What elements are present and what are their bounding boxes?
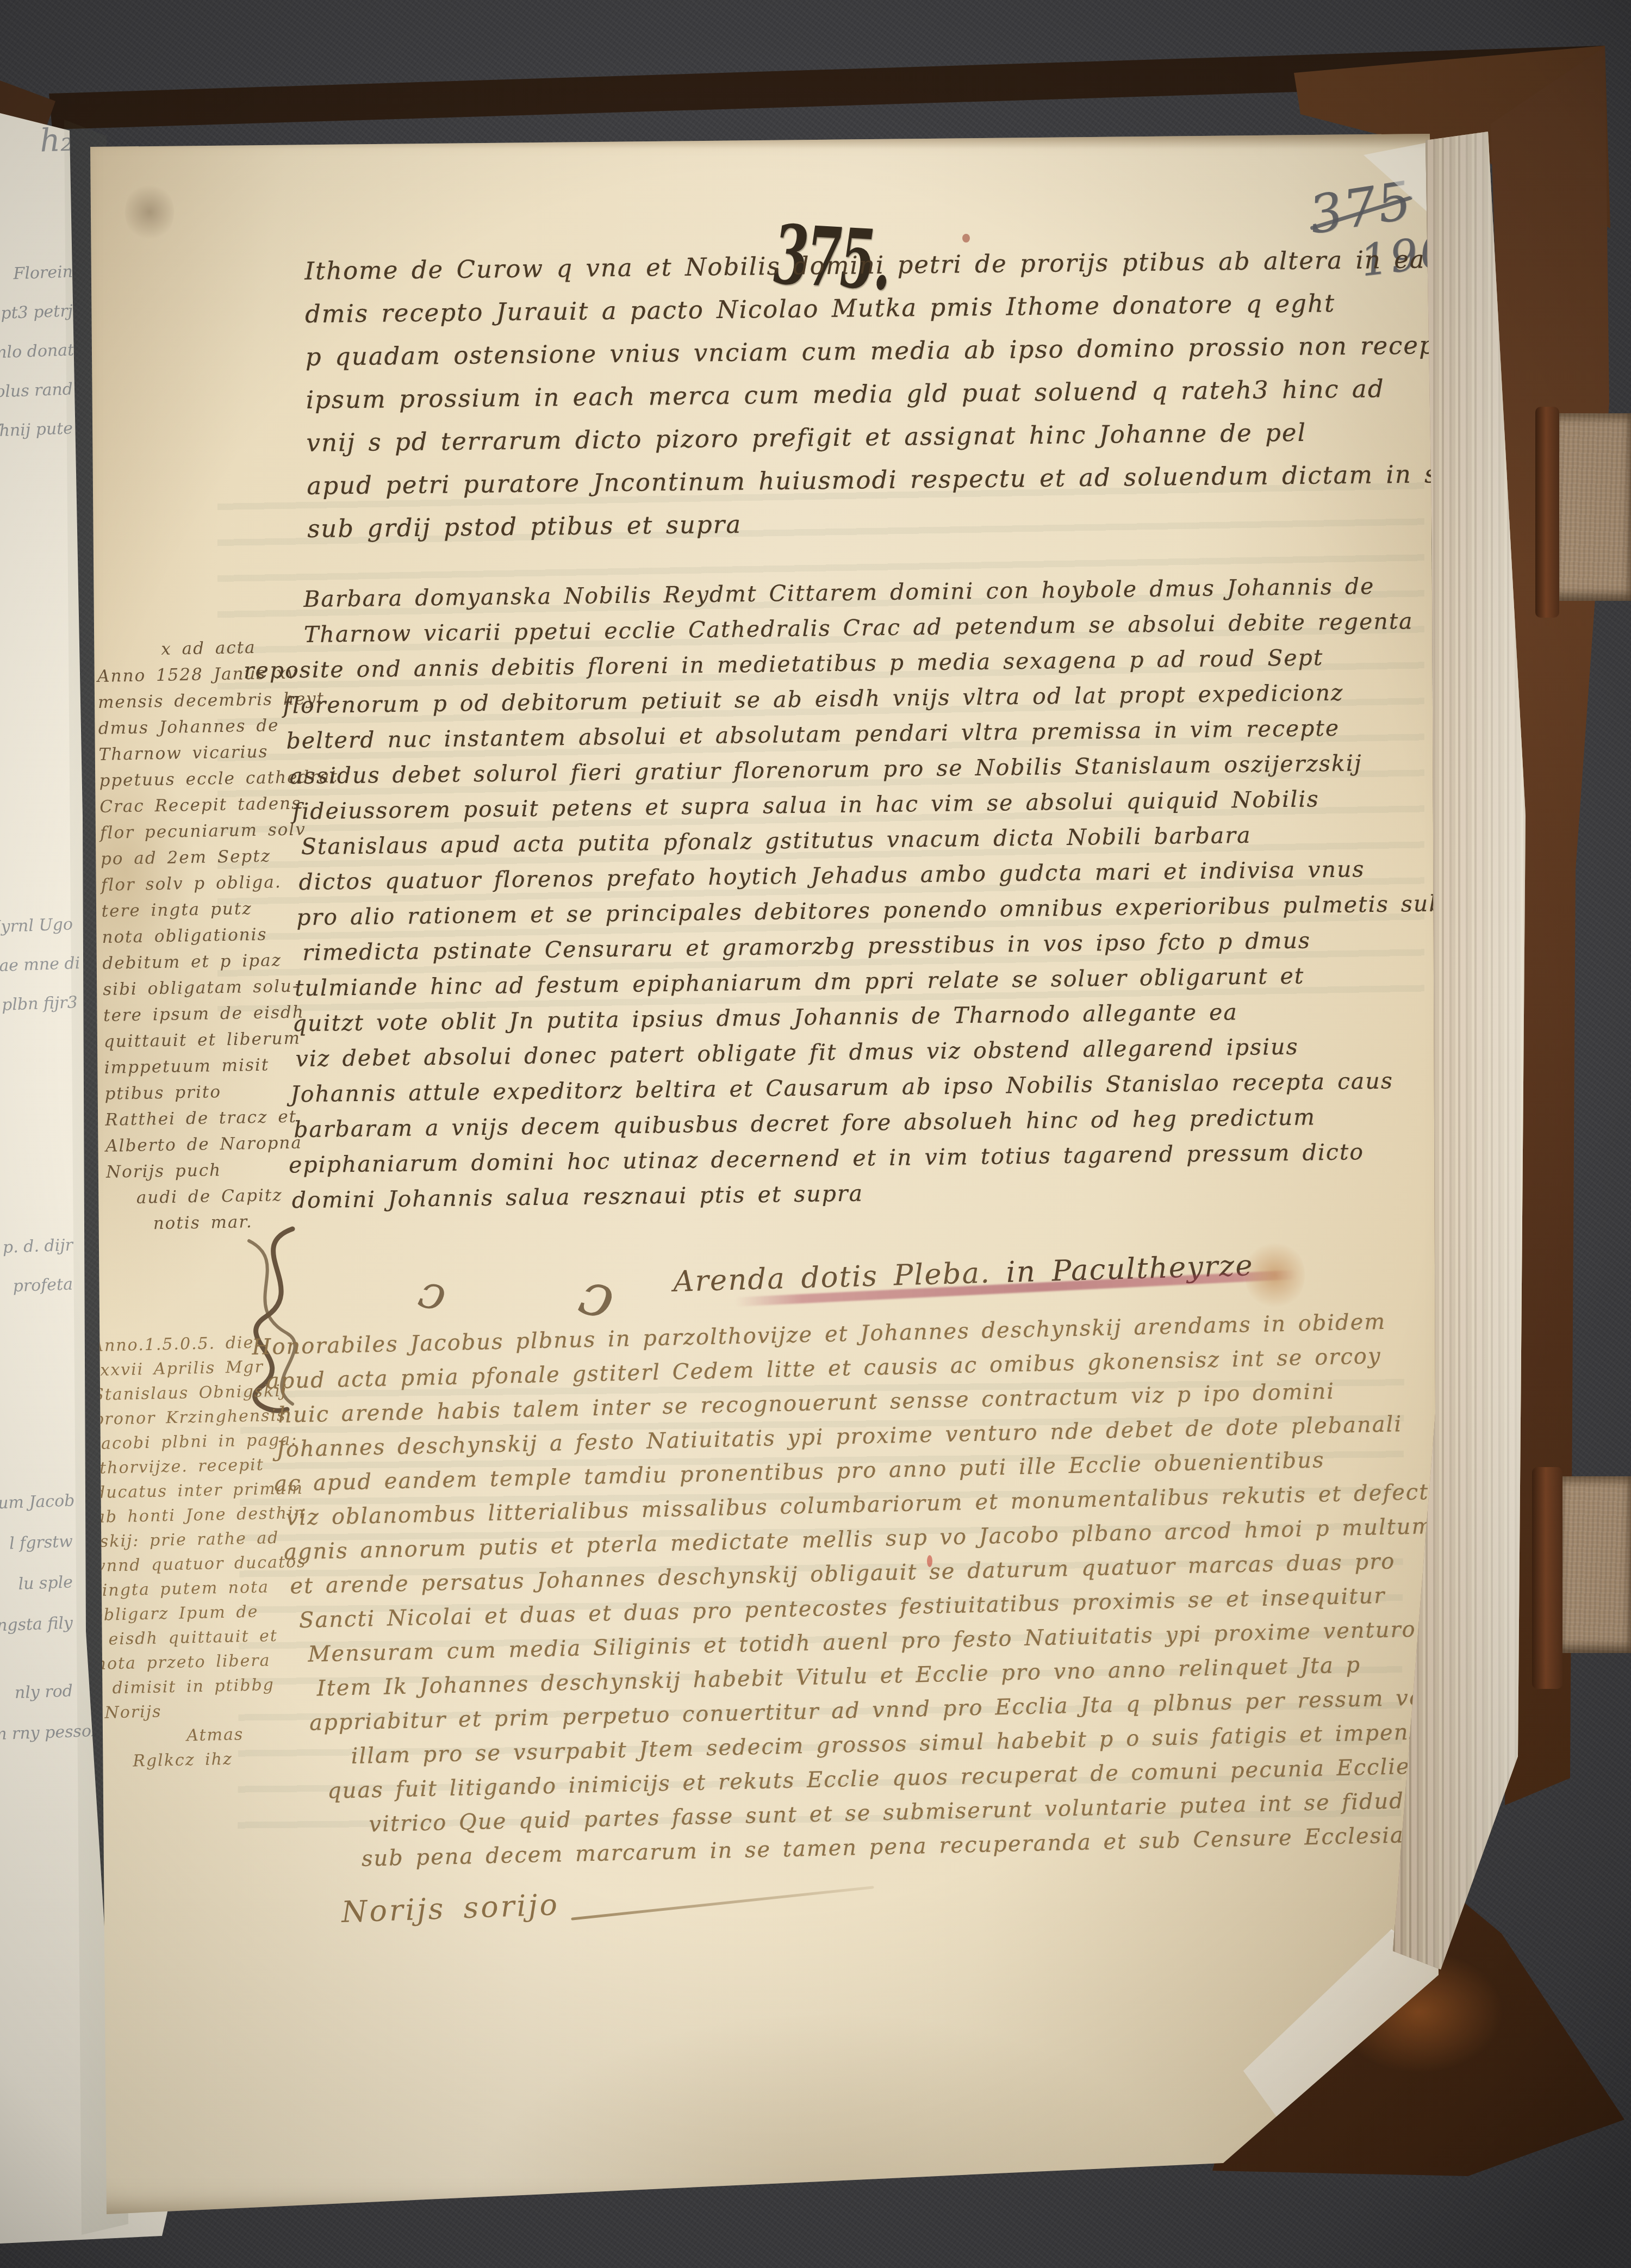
entry-2-text: Barbara domyanska Nobilis Reydmt Cittare… [303,572,1448,1222]
facing-page-text-fragment: ngsta fily [0,1613,73,1635]
margin-note-line: Atmas [186,1724,310,1751]
facing-page-text-fragment: olus rand [0,380,73,401]
clasp-strap-lower-leather-bar [1532,1467,1562,1689]
margin-note-line: Jacobi plbni in paga: [94,1430,304,1459]
repair-patch-bottom-corner [1233,1929,1489,2158]
facing-page-text-fragment: h₂ [0,121,73,160]
margin-note-line: pronor Krzinghensis [93,1406,304,1434]
facing-page-text-fragment: tum Jacob [0,1491,73,1513]
margin-note-line: vnnd quatuor ducatos [96,1552,307,1581]
facing-page-text-fragment: profeta [0,1275,73,1296]
margin-note-line: Rglkcz ihz [133,1748,311,1776]
margin-note-line: skij: prie rathe ad [100,1528,307,1557]
margin-note-line: Norijs [104,1699,310,1728]
facing-page-text-fragment: lu sple [0,1573,73,1594]
curl-mark: ɔ [572,1257,622,1333]
entry-1-text: Ithome de Curow q vna et Nobilis domini … [304,244,1543,557]
facing-page-text-fragment: fhnij pute [0,419,73,440]
manuscript-photo: h₂Floreinpt3 petrjmlo donatozeolus randf… [0,0,1631,2268]
facing-page-text-fragment: nly rod [0,1681,73,1703]
facing-page-text-fragment: mlo donatoze [0,340,73,362]
margin-note-line: ingta putem nota [102,1577,307,1606]
facing-page-text-fragment: Florein [0,262,73,284]
entry-3-text: Honorabiles Jacobus plbnus in parzolthov… [325,1306,1562,1881]
curl-mark: ɔ [414,1264,452,1323]
clasp-strap-lower [1559,1476,1631,1653]
facing-page-text-fragment: m rny pessoz [0,1722,73,1744]
margin-note-line: eisdh quittauit et [108,1626,308,1655]
facing-page-text-fragment: l fgrstw [0,1532,73,1554]
manuscript-page: 375. 375 190. Ithome de Curow q vna et N… [87,131,1442,2216]
margin-note-line: ab honti Jone desthin [95,1503,306,1532]
stain [962,234,970,243]
facing-page-text-fragment: pt3 petrj [0,301,73,323]
notary-signature: Norijs sorijo [341,1887,560,1929]
facing-page-text-fragment: Iyrnl Ugo [0,915,73,936]
clasp-strap-upper-leather-bar [1535,407,1559,618]
facing-page-text-fragment: rae mne di [0,954,73,975]
clasp-strap-upper [1554,413,1631,601]
facing-page-text-fragment: l plbn fijr3 [0,993,73,1015]
stain [125,182,174,242]
facing-page-text-fragment: p. d. dijr [0,1235,73,1257]
margin-note-line: ducatus inter primam [95,1479,306,1508]
margin-note-line: dimisit in ptibbg [112,1675,309,1704]
